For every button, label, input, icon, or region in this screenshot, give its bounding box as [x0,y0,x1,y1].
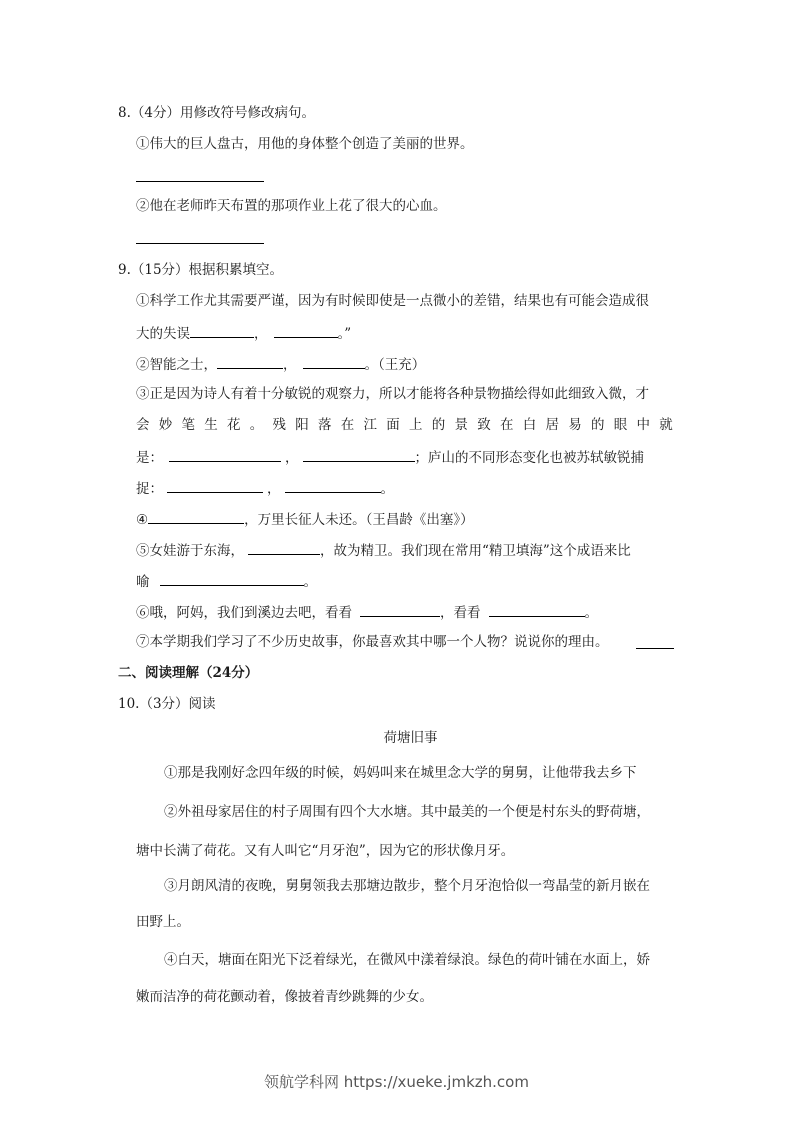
item-6-mid: ，看看 [440,605,481,621]
char: 中 [637,416,651,434]
passage-title: 荷塘旧事 [0,729,793,747]
answer-blank-9-5a[interactable] [248,540,320,555]
answer-blank-9-3a[interactable] [169,447,281,462]
question-9-item-1-line-2: 大的失误，。” [136,323,351,343]
answer-blank-9-1a[interactable] [190,323,254,338]
answer-blank-9-1b[interactable] [274,323,338,338]
char: 阳 [295,416,309,434]
char: 妙 [159,416,173,434]
answer-blank-9-6a[interactable] [360,602,440,617]
char: 易 [568,416,582,434]
question-9-item-3-line-2: 会 妙 笔 生 花 。 残 阳 落 在 江 面 上 的 景 致 在 白 居 易 … [136,416,673,434]
char: 在 [500,416,514,434]
separator: ， [254,326,268,342]
answer-blank-9-4[interactable] [148,509,244,524]
char: 眼 [614,416,628,434]
item-3-end: 。 [381,481,395,497]
item-4-suffix: ，万里长征人未还。（王昌龄《出塞》） [244,512,474,528]
item-5-end: 。 [304,574,318,590]
char: 的 [591,416,605,434]
separator: ， [267,481,281,497]
question-8-header: 8.（4分）用修改符号修改病句。 [118,104,315,122]
question-10-header: 10.（3分）阅读 [118,695,216,713]
char: 居 [546,416,560,434]
answer-blank-9-7[interactable] [636,648,674,649]
char: 白 [523,416,537,434]
question-9-item-3-line-1: ③正是因为诗人有着十分敏锐的观察力，所以才能将各种景物描绘得如此细致入微，才 [136,385,649,403]
item-3-suffix: ；庐山的不同形态变化也被苏轼敏锐捕 [415,450,645,466]
answer-blank-9-2a[interactable] [217,354,283,369]
question-9-item-5-line-2: 喻。 [136,571,317,591]
char: 残 [273,416,287,434]
item-2-prefix: ②智能之士， [136,357,217,373]
question-9-item-3-line-4: 捉：，。 [136,478,394,498]
item-5-suffix: ，故为精卫。我们现在常用“精卫填海”这个成语来比 [320,543,631,559]
answer-blank-9-2b[interactable] [303,354,365,369]
char: 在 [341,416,355,434]
answer-blank-8-2[interactable] [136,243,264,244]
char: 笔 [182,416,196,434]
char: 面 [386,416,400,434]
char: 上 [409,416,423,434]
passage-paragraph-2-line-1: ②外祖母家居住的村子周围有四个大水塘。其中最美的一个便是村东头的野荷塘， [164,803,650,821]
item-4-prefix: ④ [136,512,148,528]
question-9-item-5-line-1: ⑤女娃游于东海，，故为精卫。我们现在常用“精卫填海”这个成语来比 [136,540,631,560]
answer-blank-8-1[interactable] [136,181,264,182]
answer-blank-9-6b[interactable] [489,602,585,617]
question-9-header: 9.（15分）根据积累填空。 [118,261,283,279]
char: 就 [659,416,673,434]
item-2-end: 。（王充） [365,357,426,373]
char: 的 [432,416,446,434]
answer-blank-9-3d[interactable] [285,478,381,493]
answer-blank-9-5b[interactable] [160,571,304,586]
passage-paragraph-3-line-1: ③月朗风清的夜晚，舅舅领我去那塘边散步，整个月牙泡恰似一弯晶莹的新月嵌在 [164,877,650,895]
item-3-prefix-2: 捉： [136,481,163,497]
item-6-prefix: ⑥哦，阿妈，我们到溪边去吧，看看 [136,605,352,621]
question-9-item-6: ⑥哦，阿妈，我们到溪边去吧，看看，看看。 [136,602,598,622]
char: 会 [136,416,150,434]
watermark-footer: 领航学科网 https://xueke.jmkzh.com [0,1071,793,1092]
item-1-end: 。” [338,326,352,342]
question-9-item-3-line-3: 是：，；庐山的不同形态变化也被苏轼敏锐捕 [136,447,644,467]
passage-paragraph-3-line-2: 田野上。 [136,913,190,931]
item-6-end: 。 [585,605,599,621]
section-2-header: 二、阅读理解（24分） [118,664,258,682]
question-9-item-7: ⑦本学期我们学习了不少历史故事，你最喜欢其中哪一个人物？说说你的理由。 [136,633,609,651]
char: 景 [455,416,469,434]
item-5-prefix-2: 喻 [136,574,150,590]
item-3-prefix: 是： [136,450,163,466]
question-9-item-2: ②智能之士，，。（王充） [136,354,425,374]
item-1-prefix: 大的失误 [136,326,190,342]
question-8-item-2: ②他在老师昨天布置的那项作业上花了很大的心血。 [136,197,447,215]
question-9-item-4: ④，万里长征人未还。（王昌龄《出塞》） [136,509,474,529]
item-5-prefix: ⑤女娃游于东海， [136,543,244,559]
answer-blank-9-3b[interactable] [303,447,415,462]
char: 落 [318,416,332,434]
question-9-item-1-line-1: ①科学工作尤其需要严谨，因为有时候即使是一点微小的差错，结果也有可能会造成很 [136,292,649,310]
question-8-item-1: ①伟大的巨人盘古，用他的身体整个创造了美丽的世界。 [136,135,474,153]
separator: ， [283,357,297,373]
separator: ， [285,450,299,466]
char: 生 [204,416,218,434]
passage-paragraph-4-line-2: 嫩而洁净的荷花颤动着，像披着青纱跳舞的少女。 [136,988,433,1006]
char: 花 [227,416,241,434]
passage-paragraph-4-line-1: ④白天，塘面在阳光下泛着绿光，在微风中漾着绿浪。绿色的荷叶铺在水面上，娇 [164,951,650,969]
answer-blank-9-3c[interactable] [167,478,263,493]
char: 江 [364,416,378,434]
char: 。 [250,416,264,434]
passage-paragraph-2-line-2: 塘中长满了荷花。又有人叫它“月牙泡”，因为它的形状像月牙。 [136,842,514,860]
char: 致 [477,416,491,434]
passage-paragraph-1: ①那是我刚好念四年级的时候，妈妈叫来在城里念大学的舅舅，让他带我去乡下 [164,764,637,782]
